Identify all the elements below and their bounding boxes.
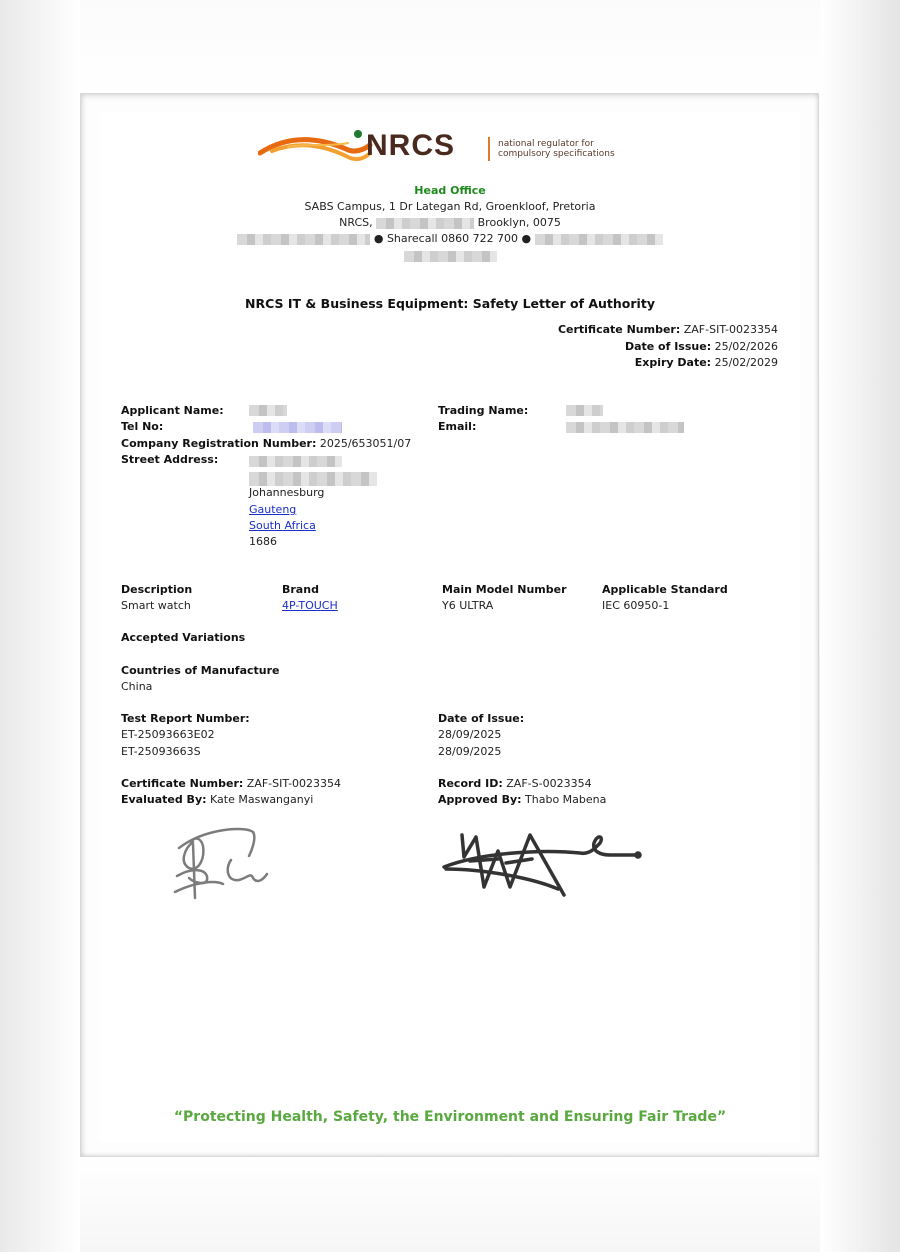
countries-of-manufacture-value: China [121,680,152,694]
test-report-number-label: Test Report Number: [121,712,250,726]
test-report-date: 28/09/2025 [438,745,501,759]
address-line-1: SABS Campus, 1 Dr Lategan Rd, Groenkloof… [0,200,900,214]
logo-separator [488,137,490,161]
address-line-2: NRCS, Brooklyn, 0075 [0,216,900,230]
nrcs-logo: NRCS national regulator for compulsory s… [258,127,628,167]
logo-dot-icon [354,130,362,138]
test-report-date: 28/09/2025 [438,728,501,742]
model-number-header: Main Model Number [442,583,567,597]
evaluated-by: Evaluated By: Kate Maswanganyi [121,793,313,807]
address-country-link[interactable]: South Africa [249,519,316,533]
applicant-name-label: Applicant Name: [121,404,224,418]
email-label: Email: [438,420,476,434]
date-of-issue-header: Date of Issue: 25/02/2026 [625,340,778,354]
redacted-tel-link[interactable] [253,422,342,433]
logo-acronym: NRCS [366,129,455,163]
approved-by-value: Thabo Mabena [525,793,606,806]
website-line [0,249,900,263]
motto: “Protecting Health, Safety, the Environm… [0,1110,900,1124]
document-title: NRCS IT & Business Equipment: Safety Let… [0,297,900,311]
street-address-label: Street Address: [121,453,218,467]
accepted-variations-label: Accepted Variations [121,631,245,645]
test-report-number: ET-25093663E02 [121,728,215,742]
expiry-date-value: 25/02/2029 [715,356,778,369]
record-id-label: Record ID: [438,777,503,790]
certificate-number-value: ZAF-SIT-0023354 [684,323,778,336]
address-line-2-prefix: NRCS, [339,216,372,229]
brand-header: Brand [282,583,319,597]
date-of-issue-label: Date of Issue: [625,340,711,353]
redacted-street-line-1 [249,456,342,467]
address-city: Johannesburg [249,486,324,500]
logo-tagline-line1: national regulator for [498,139,615,149]
record-id: Record ID: ZAF-S-0023354 [438,777,592,791]
description-value: Smart watch [121,599,191,613]
countries-of-manufacture-label: Countries of Manufacture [121,664,280,678]
redacted-applicant-name [249,405,287,416]
contact-line: ● Sharecall 0860 722 700 ● [0,232,900,246]
redacted-website [404,251,497,262]
company-registration-label: Company Registration Number: [121,437,316,450]
certificate-number-header: Certificate Number: ZAF-SIT-0023354 [558,323,778,337]
test-report-date-label: Date of Issue: [438,712,524,726]
redacted-email [566,422,684,433]
redacted-trading-name [566,405,603,416]
company-registration-value: 2025/653051/07 [320,437,411,450]
certificate-number-footer: Certificate Number: ZAF-SIT-0023354 [121,777,341,791]
date-of-issue-value: 25/02/2026 [715,340,778,353]
model-number-value: Y6 ULTRA [442,599,493,613]
approved-by: Approved By: Thabo Mabena [438,793,606,807]
certificate-document: NRCS national regulator for compulsory s… [0,0,900,1252]
approved-by-label: Approved By: [438,793,522,806]
evaluated-by-label: Evaluated By: [121,793,207,806]
redacted-phone [237,234,370,245]
sharecall-number: ● Sharecall 0860 722 700 ● [374,232,531,245]
address-province-link[interactable]: Gauteng [249,503,296,517]
applicable-standard-header: Applicable Standard [602,583,728,597]
expiry-date-header: Expiry Date: 25/02/2029 [635,356,778,370]
certificate-number-label: Certificate Number: [558,323,680,336]
record-id-value: ZAF-S-0023354 [506,777,591,790]
evaluated-by-value: Kate Maswanganyi [210,793,313,806]
address-postal-code: 1686 [249,535,277,549]
redacted-po-box [376,218,474,229]
test-report-number: ET-25093663S [121,745,201,759]
address-line-2-suffix: Brooklyn, 0075 [478,216,561,229]
brand-link[interactable]: 4P-TOUCH [282,599,338,613]
certificate-number-footer-label: Certificate Number: [121,777,243,790]
description-header: Description [121,583,192,597]
applicable-standard-value: IEC 60950-1 [602,599,669,613]
logo-tagline: national regulator for compulsory specif… [498,139,615,159]
redacted-fax [535,234,663,245]
head-office-title: Head Office [0,184,900,198]
approver-signature-icon [440,825,645,903]
trading-name-label: Trading Name: [438,404,528,418]
expiry-date-label: Expiry Date: [635,356,711,369]
evaluator-signature-icon [165,822,275,902]
logo-tagline-line2: compulsory specifications [498,149,615,159]
certificate-number-footer-value: ZAF-SIT-0023354 [247,777,341,790]
company-registration: Company Registration Number: 2025/653051… [121,437,411,451]
tel-label: Tel No: [121,420,163,434]
redacted-street-line-2 [249,472,377,486]
